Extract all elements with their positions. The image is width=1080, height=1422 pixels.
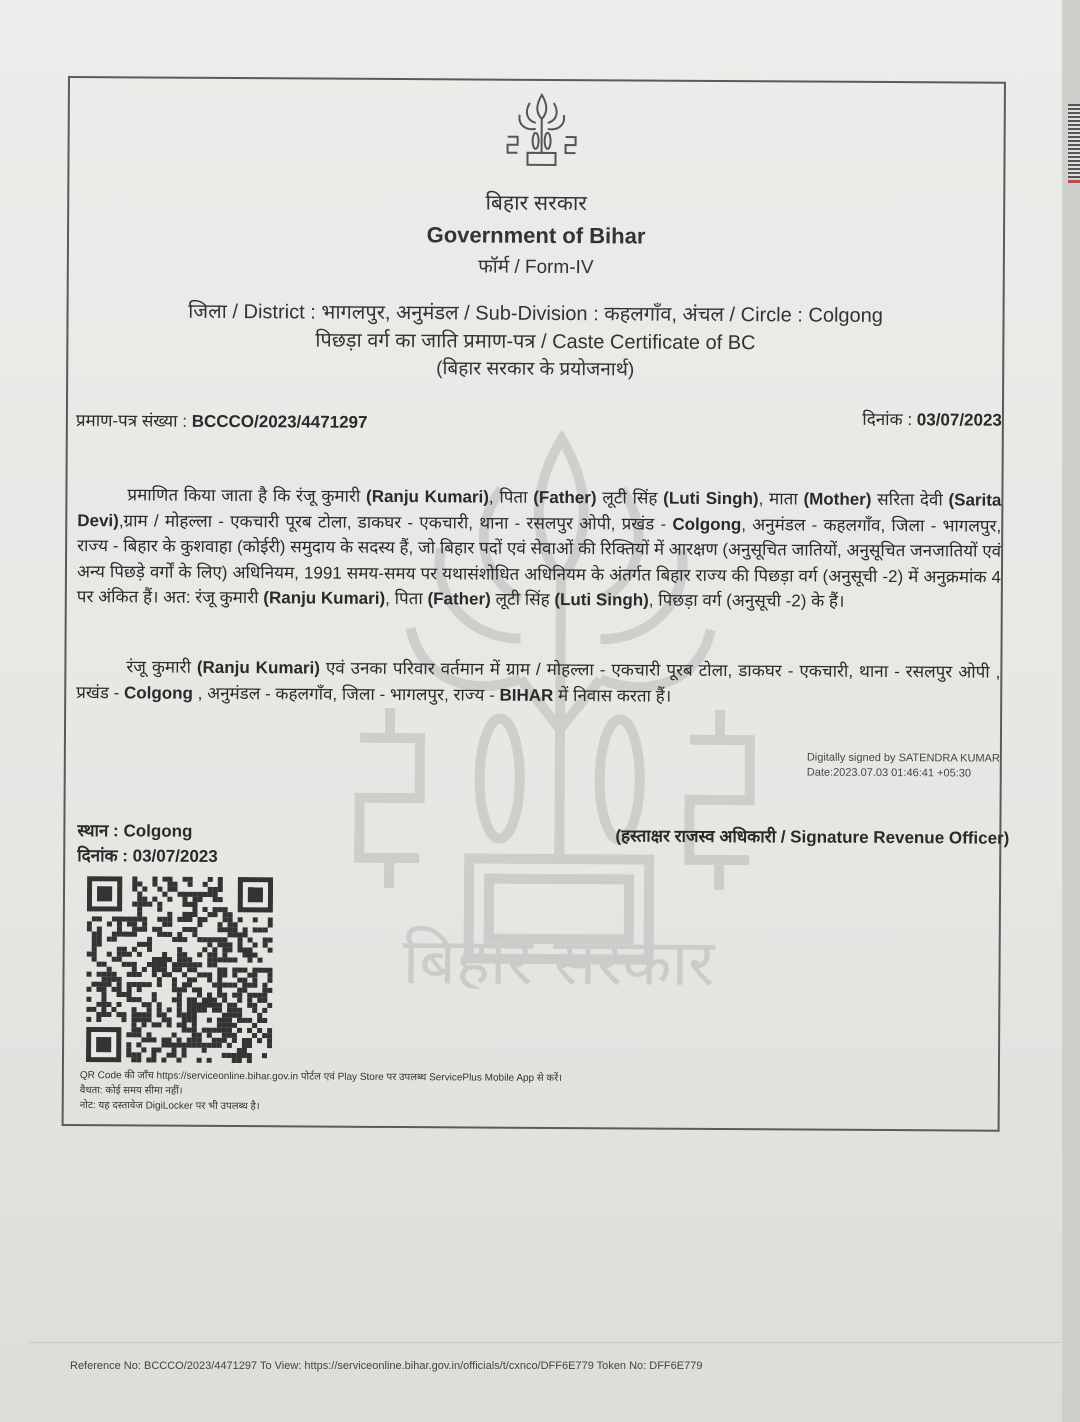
certificate-frame: बिहार सरकार बिहार सरकार Government of Bi… [62, 76, 1006, 1132]
paragraph-text-run: (Ranju Kumari) [366, 487, 489, 507]
paragraph-text-run: (Luti Singh) [554, 590, 649, 610]
paragraph-text-run: Colgong [124, 683, 193, 702]
paragraph-text-run: लूटी सिंह [597, 488, 664, 507]
certificate-number-label: प्रमाण-पत्र संख्या : [76, 411, 192, 431]
qr-code-icon[interactable] [86, 876, 273, 1063]
paragraph-text-run: ,ग्राम / मोहल्ला - एकचारी पूरब टोला, डाक… [119, 511, 673, 533]
svg-text:बिहार सरकार: बिहार सरकार [403, 925, 717, 990]
paragraph-text-run: , पिछड़ा वर्ग (अनुसूची -2) के हैं। [649, 591, 845, 611]
signature-revenue-officer: (हस्ताक्षर राजस्व अधिकारी / Signature Re… [615, 823, 1009, 848]
jurisdiction-line: जिला / District : भागलपुर, अनुमंडल / Sub… [68, 296, 1002, 329]
digilocker-note: नोट: यह दस्तावेज DigiLocker पर भी उपलब्ध… [80, 1098, 562, 1116]
certificate-purpose: (बिहार सरकार के प्रयोजनार्थ) [68, 352, 1002, 384]
certificate-title: पिछड़ा वर्ग का जाति प्रमाण-पत्र / Caste … [68, 324, 1002, 357]
digital-signature-date: Date:2023.07.03 01:46:41 +05:30 [807, 766, 1000, 782]
paragraph-text-run: लूटी सिंह [491, 590, 555, 609]
govt-title-english: Government of Bihar [69, 220, 1003, 252]
paragraph-text-run: Colgong [672, 514, 741, 533]
digital-signature: Digitally signed by SATENDRA KUMAR Date:… [807, 751, 1000, 782]
digital-signature-signer: Digitally signed by SATENDRA KUMAR [807, 751, 1000, 767]
certification-paragraph: प्रमाणित किया जाता है कि रंजू कुमारी (Ra… [77, 482, 1002, 615]
background-edge [1062, 0, 1080, 1422]
place-line: स्थान : Colgong [77, 818, 218, 844]
divider [30, 1342, 1060, 1343]
footer-notes: QR Code की जाँच https://serviceonline.bi… [80, 1068, 562, 1116]
issue-date-value: 03/07/2023 [917, 410, 1002, 430]
paragraph-text-run: BIHAR [499, 685, 553, 704]
certificate-number-value: BCCCO/2023/4471297 [192, 412, 368, 432]
partial-qr-edge [1068, 104, 1080, 178]
paragraph-text-run: प्रमाणित किया जाता है कि रंजू कुमारी [127, 485, 366, 505]
paragraph-text-run: रंजू कुमारी [126, 657, 197, 676]
paragraph-text-run: (Ranju Kumari) [197, 658, 320, 678]
paragraph-text-run: (Ranju Kumari) [263, 588, 385, 608]
paragraph-text-run: में निवास करता हैं। [553, 685, 671, 705]
issue-date-label: दिनांक : [862, 410, 917, 429]
reference-line: Reference No: BCCCO/2023/4471297 To View… [70, 1360, 702, 1372]
paragraph-text-run: (Mother) [803, 490, 871, 509]
issue-date: दिनांक : 03/07/2023 [862, 407, 1002, 431]
place-date-line: दिनांक : 03/07/2023 [77, 843, 218, 869]
bihar-emblem-icon [501, 91, 581, 171]
paragraph-text-run: (Luti Singh) [663, 489, 759, 509]
form-number: फॉर्म / Form-IV [69, 250, 1003, 282]
paragraph-text-run: , अनुमंडल - कहलगाँव, जिला - भागलपुर, राज… [193, 683, 500, 704]
paragraph-text-run: , पिता [385, 589, 427, 608]
residence-paragraph: रंजू कुमारी (Ranju Kumari) एवं उनका परिव… [76, 654, 1000, 711]
paragraph-text-run: , माता [759, 489, 804, 508]
paragraph-text-run: (Father) [533, 488, 596, 507]
paragraph-text-run: (Father) [427, 589, 490, 608]
paragraph-text-run: सरिता देवी [871, 490, 948, 509]
edge-mark [1068, 180, 1080, 183]
govt-title-hindi: बिहार सरकार [69, 186, 1003, 220]
paragraph-text-run: , पिता [489, 488, 533, 507]
certificate-number: प्रमाण-पत्र संख्या : BCCCO/2023/4471297 [76, 408, 368, 433]
place-date-block: स्थान : Colgong दिनांक : 03/07/2023 [77, 818, 218, 869]
